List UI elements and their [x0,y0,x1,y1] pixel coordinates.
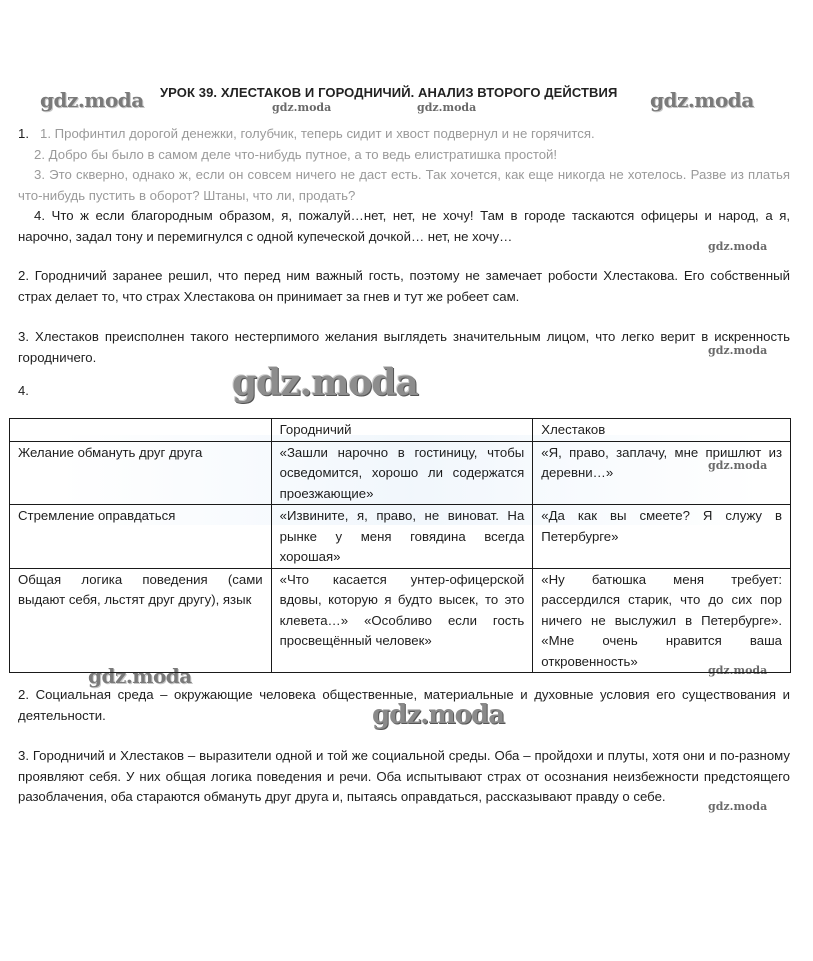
watermark: gdz.moda [272,101,331,114]
lesson-title: УРОК 39. ХЛЕСТАКОВ И ГОРОДНИЧИЙ. АНАЛИЗ … [160,85,617,100]
table-header-gorodnichy: Городничий [271,419,533,442]
watermark: gdz.moda [40,88,144,112]
table-cell-aspect: Желание обмануть друг друга [10,441,272,505]
table-cell-khlestakov: «Ну батюшка меня требует: рассердился ст… [533,568,791,673]
watermark: gdz.moda [417,101,476,114]
section-1-item-1: 1. 1. Профинтил дорогой денежки, голубчи… [18,124,790,145]
table-cell-khlestakov: «Да как вы смеете? Я служу в Петербурге» [533,505,791,569]
section-4-number: 4. [18,383,29,398]
table-row: Желание обмануть друг друга «Зашли нароч… [10,441,791,505]
social-environment-definition: 2. Социальная среда – окружающие человек… [18,685,790,726]
table-cell-khlestakov: «Я, право, заплачу, мне пришлют из дерев… [533,441,791,505]
table-row: Общая логика поведения (сами выдают себя… [10,568,791,673]
section-3: 3. Хлестаков преисполнен такого нестерпи… [18,327,790,368]
watermark: gdz.moda [232,362,418,404]
watermark: gdz.moda [650,88,754,112]
section-1-item-4: 4. Что ж если благородным образом, я, по… [18,206,790,247]
section-number: 1. [18,126,29,141]
section-1: 1. 1. Профинтил дорогой денежки, голубчи… [18,124,790,247]
document-page: УРОК 39. ХЛЕСТАКОВ И ГОРОДНИЧИЙ. АНАЛИЗ … [0,0,813,961]
table-header-empty [10,419,272,442]
table-cell-gorodnichy: «Извините, я, право, не виноват. На рынк… [271,505,533,569]
section-1-item-3: 3. Это скверно, однако ж, если он совсем… [18,165,790,206]
section-1-item-2: 2. Добро бы было в самом деле что-нибудь… [18,145,790,166]
comparison-table: Городничий Хлестаков Желание обмануть др… [9,418,791,673]
table-cell-aspect: Общая логика поведения (сами выдают себя… [10,568,272,673]
conclusion-paragraph: 3. Городничий и Хлестаков – выразители о… [18,746,790,808]
table-cell-aspect: Стремление оправдаться [10,505,272,569]
section-2: 2. Городничий заранее решил, что перед н… [18,266,790,307]
watermark: gdz.moda [708,459,767,472]
table-header-row: Городничий Хлестаков [10,419,791,442]
table-cell-gorodnichy: «Что касается унтер-офицерской вдовы, ко… [271,568,533,673]
table-header-khlestakov: Хлестаков [533,419,791,442]
table-row: Стремление оправдаться «Извините, я, пра… [10,505,791,569]
table-cell-gorodnichy: «Зашли нарочно в гостиницу, чтобы осведо… [271,441,533,505]
quote-item: 1. Профинтил дорогой денежки, голубчик, … [40,126,595,141]
